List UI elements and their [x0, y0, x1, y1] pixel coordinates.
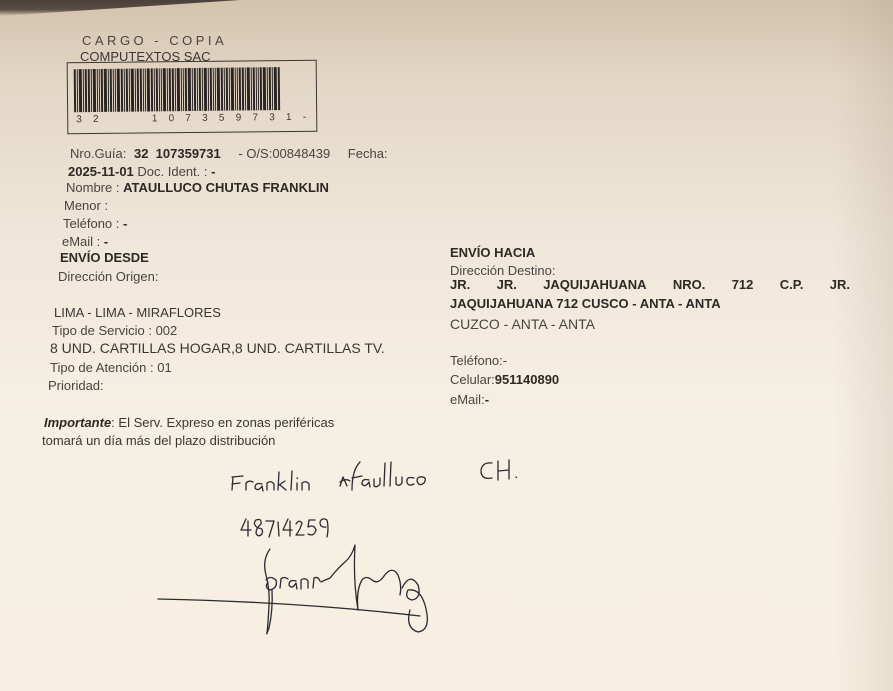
- barcode-bar: [274, 67, 277, 110]
- barcode-bar: [104, 69, 107, 112]
- barcode-digit: 3: [76, 114, 82, 125]
- doc-ident-label: Doc. Ident. :: [137, 164, 207, 179]
- barcode-digit: 7: [185, 113, 191, 124]
- atencion-label: Tipo de Atención :: [50, 360, 154, 375]
- guia-label: Nro.Guía:: [70, 146, 126, 161]
- email-line: eMail : -: [62, 234, 108, 249]
- envio-hacia-title: ENVÍO HACIA: [450, 245, 535, 260]
- barcode-bar: [278, 67, 280, 110]
- destino-email-label: eMail:: [450, 392, 485, 407]
- nombre-line: Nombre : ATAULLUCO CHUTAS FRANKLIN: [66, 180, 329, 195]
- origen-value: LIMA - LIMA - MIRAFLORES: [54, 305, 221, 320]
- telefono-value: -: [123, 216, 127, 231]
- fecha-value: 2025-11-01: [68, 164, 134, 179]
- barcode-bar: [147, 68, 150, 111]
- tipo-atencion-line: Tipo de Atención : 01: [50, 360, 172, 375]
- barcode-digit: 2: [93, 114, 99, 125]
- contenido-value: 8 UND. CARTILLAS HOGAR,8 UND. CARTILLAS …: [50, 340, 385, 356]
- destino-word: JR.: [497, 277, 517, 292]
- barcode-digit: 1: [286, 112, 292, 123]
- doc-ident-value: -: [211, 164, 215, 179]
- destino-celular-label: Celular:: [450, 372, 495, 387]
- barcode-bar: [247, 67, 250, 110]
- barcode-digit: 1: [152, 113, 158, 124]
- barcode-bar: [151, 68, 153, 111]
- servicio-label: Tipo de Servicio :: [52, 323, 152, 338]
- barcode: 32 107359731-: [67, 60, 318, 135]
- barcode-bar: [131, 69, 134, 112]
- destino-word: JR.: [830, 277, 850, 292]
- barcode-bars: [74, 67, 308, 112]
- nombre-label: Nombre :: [66, 180, 119, 195]
- servicio-value: 002: [156, 323, 178, 338]
- barcode-digit: [110, 114, 113, 125]
- email-value: -: [104, 234, 108, 249]
- barcode-digit: 3: [269, 112, 275, 123]
- notice-line-1: Importante: El Serv. Expreso en zonas pe…: [44, 415, 334, 430]
- tipo-servicio-line: Tipo de Servicio : 002: [52, 323, 177, 338]
- notice-text-1: : El Serv. Expreso en zonas periféricas: [111, 415, 334, 430]
- notice-text-2: tomará un día más del plazo distribución: [42, 433, 275, 448]
- nombre-value: ATAULLUCO CHUTAS FRANKLIN: [123, 180, 329, 195]
- barcode-number: 32 107359731-: [76, 112, 306, 125]
- envio-desde-title: ENVÍO DESDE: [60, 250, 149, 265]
- background-edge: [0, 0, 240, 16]
- destino-line-3: CUZCO - ANTA - ANTA: [450, 316, 595, 332]
- barcode-digit: 5: [219, 113, 225, 124]
- destino-telefono-value: -: [503, 353, 507, 368]
- os-label: - O/S:: [238, 146, 272, 161]
- menor-label: Menor :: [64, 198, 108, 213]
- destino-celular-line: Celular:951140890: [450, 372, 559, 387]
- destino-line-1: JR.JR.JAQUIJAHUANANRO.712C.P.JR.: [450, 277, 850, 292]
- barcode-digit: 3: [202, 113, 208, 124]
- destino-email-line: eMail:-: [450, 392, 489, 407]
- barcode-digit: -: [303, 112, 306, 123]
- handwritten-name: [232, 460, 517, 491]
- barcode-digit: 9: [236, 112, 242, 123]
- destino-celular-value: 951140890: [495, 372, 559, 387]
- os-number: 00848439: [272, 146, 330, 161]
- barcode-bar: [263, 67, 266, 110]
- barcode-bar: [117, 69, 120, 112]
- prioridad-label: Prioridad:: [48, 378, 104, 393]
- fecha-label: Fecha:: [348, 146, 388, 161]
- fecha-docident-line: 2025-11-01 Doc. Ident. : -: [68, 164, 215, 179]
- guia-line: Nro.Guía: 32 107359731 - O/S:00848439 Fe…: [70, 146, 388, 161]
- direccion-origen-label: Dirección Origen:: [58, 269, 158, 284]
- barcode-bar: [188, 68, 191, 111]
- email-label: eMail :: [62, 234, 100, 249]
- destino-word: JR.: [450, 277, 470, 292]
- handwritten-dni: [241, 519, 328, 537]
- barcode-digit: 0: [169, 113, 175, 124]
- telefono-line: Teléfono : -: [63, 216, 127, 231]
- telefono-label: Teléfono :: [63, 216, 119, 231]
- destino-word: NRO.: [673, 277, 706, 292]
- barcode-bar: [177, 68, 180, 111]
- signature-icon: [158, 545, 427, 634]
- paper-shading: [833, 0, 893, 691]
- guia-number: 32 107359731: [134, 146, 221, 161]
- destino-word: 712: [732, 277, 754, 292]
- direccion-destino-label: Dirección Destino:: [450, 263, 556, 278]
- destino-word: C.P.: [780, 277, 804, 292]
- barcode-bar: [231, 68, 234, 111]
- destino-email-value: -: [485, 392, 489, 407]
- barcode-bar: [156, 68, 158, 111]
- destino-telefono-label: Teléfono:: [450, 353, 503, 368]
- barcode-bar: [204, 68, 207, 111]
- barcode-bar: [163, 68, 166, 111]
- destino-word: JAQUIJAHUANA: [543, 277, 646, 292]
- barcode-bar: [217, 68, 220, 111]
- destino-line-2: JAQUIJAHUANA 712 CUSCO - ANTA - ANTA: [450, 296, 721, 311]
- barcode-digit: [124, 114, 127, 125]
- barcode-digit: [138, 114, 141, 125]
- copy-label: CARGO - COPIA: [82, 33, 227, 48]
- atencion-value: 01: [157, 360, 171, 375]
- destino-telefono-line: Teléfono:-: [450, 353, 507, 368]
- barcode-digit: 7: [252, 112, 258, 123]
- barcode-bar: [93, 69, 96, 112]
- barcode-bar: [79, 69, 82, 112]
- notice-label: Importante: [44, 415, 111, 430]
